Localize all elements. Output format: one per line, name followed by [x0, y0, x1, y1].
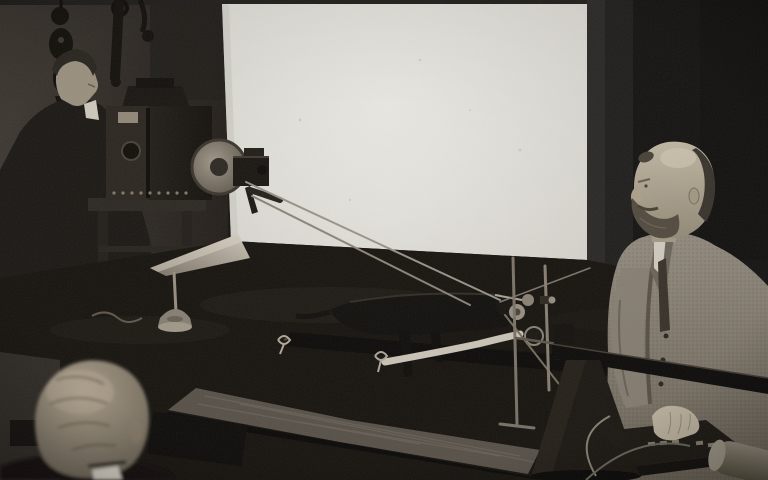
photograph: [0, 0, 768, 480]
photo-frame: [0, 0, 768, 480]
vignette: [0, 0, 768, 480]
